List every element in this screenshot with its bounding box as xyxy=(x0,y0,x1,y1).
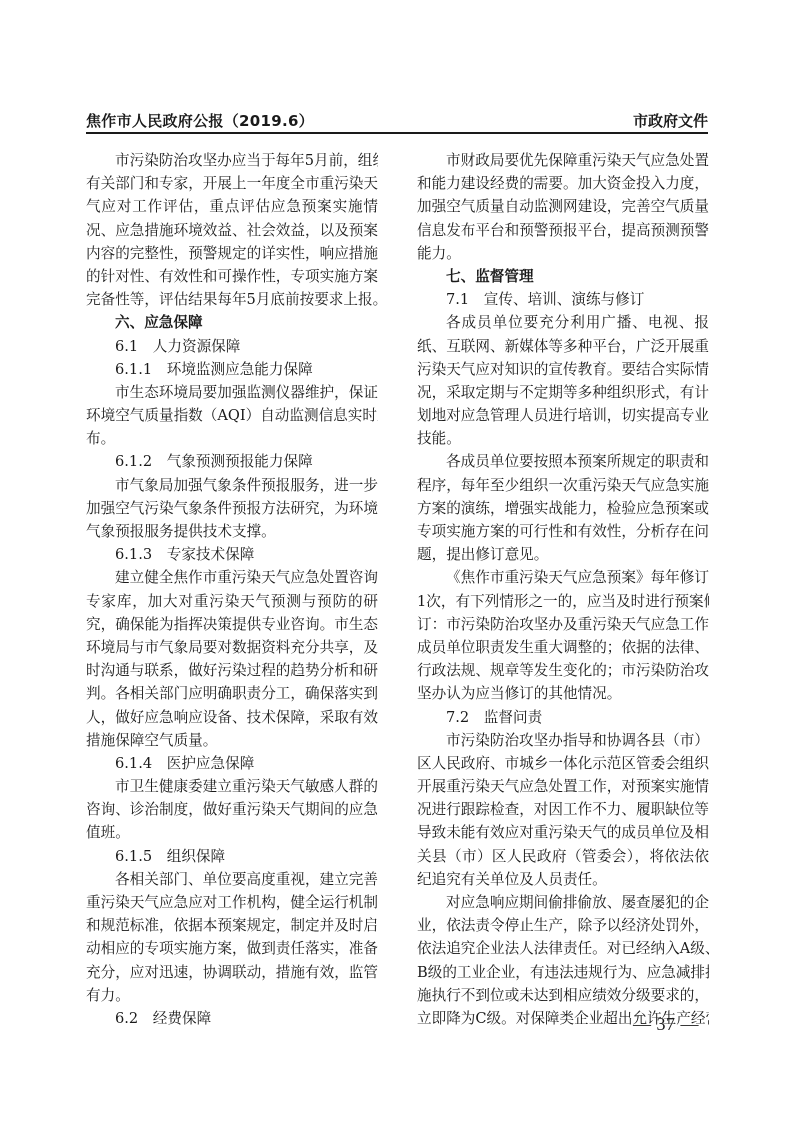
text-line: 环境局与市气象局要对数据资料充分共享，及 xyxy=(86,636,378,659)
text-line: 措施保障空气质量。 xyxy=(86,729,378,752)
subsection-heading: 6.1.1 环境监测应急能力保障 xyxy=(86,358,378,381)
subsection-heading: 6.1.4 医护应急保障 xyxy=(86,752,378,775)
subsection-heading: 7.2 监督问责 xyxy=(417,706,709,729)
text-line: 市污染防治攻坚办指导和协调各县（市） xyxy=(417,729,709,752)
section-heading: 七、监督管理 xyxy=(417,265,709,288)
header-rule xyxy=(86,132,708,134)
text-line: 行政法规、规章等发生变化的；市污染防治攻 xyxy=(417,659,709,682)
text-line: 时沟通与联系，做好污染过程的趋势分析和研 xyxy=(86,659,378,682)
text-line: 1次，有下列情形之一的，应当及时进行预案修 xyxy=(417,590,709,613)
text-line: 各成员单位要充分利用广播、电视、报 xyxy=(417,311,709,334)
text-line: 《焦作市重污染天气应急预案》每年修订 xyxy=(417,566,709,589)
text-line: 和规范标准，依据本预案规定，制定并及时启 xyxy=(86,914,378,937)
text-line: 划地对应急管理人员进行培训，切实提高专业 xyxy=(417,404,709,427)
text-line: 导致未能有效应对重污染天气的成员单位及相 xyxy=(417,821,709,844)
text-line: 市污染防治攻坚办应当于每年5月前，组织 xyxy=(86,149,378,172)
subsection-heading: 6.1.3 专家技术保障 xyxy=(86,543,378,566)
text-line: 坚办认为应当修订的其他情况。 xyxy=(417,682,709,705)
text-line: 况，采取定期与不定期等多种组织形式，有计 xyxy=(417,381,709,404)
running-header: 焦作市人民政府公报（2019.6） 市政府文件 xyxy=(86,108,708,132)
text-line: 专项实施方案的可行性和有效性，分析存在问 xyxy=(417,520,709,543)
text-line: 气象预报服务提供技术支撑。 xyxy=(86,520,378,543)
text-line: 各成员单位要按照本预案所规定的职责和 xyxy=(417,450,709,473)
text-line: 纸、互联网、新媒体等多种平台，广泛开展重 xyxy=(417,335,709,358)
text-line: 完备性等，评估结果每年5月底前按要求上报。 xyxy=(86,288,378,311)
text-line: 施执行不到位或未达到相应绩效分级要求的， xyxy=(417,984,709,1007)
text-line: 内容的完整性，预警规定的详实性，响应措施 xyxy=(86,242,378,265)
text-line: 重污染天气应急应对工作机构，健全运行机制 xyxy=(86,891,378,914)
text-line: 信息发布平台和预警预报平台，提高预测预警 xyxy=(417,219,709,242)
text-line: 环境空气质量指数（AQI）自动监测信息实时发 xyxy=(86,404,378,427)
text-line: 的针对性、有效性和可操作性，专项实施方案 xyxy=(86,265,378,288)
text-line: 咨询、诊治制度，做好重污染天气期间的应急 xyxy=(86,798,378,821)
text-line: B级的工业企业，有违法违规行为、应急减排措 xyxy=(417,961,709,984)
subsection-heading: 6.1.2 气象预测预报能力保障 xyxy=(86,450,378,473)
text-line: 判。各相关部门应明确职责分工，确保落实到 xyxy=(86,682,378,705)
text-line: 况、应急措施环境效益、社会效益，以及预案 xyxy=(86,219,378,242)
subsection-heading: 7.1 宣传、培训、演练与修订 xyxy=(417,288,709,311)
text-line: 人，做好应急响应设备、技术保障，采取有效 xyxy=(86,706,378,729)
text-line: 和能力建设经费的需要。加大资金投入力度， xyxy=(417,172,709,195)
text-line: 充分，应对迅速，协调联动，措施有效，监管 xyxy=(86,961,378,984)
text-line: 加强空气污染气象条件预报方法研究，为环境 xyxy=(86,497,378,520)
text-line: 气应对工作评估，重点评估应急预案实施情 xyxy=(86,195,378,218)
text-line: 程序，每年至少组织一次重污染天气应急实施 xyxy=(417,474,709,497)
text-line: 能力。 xyxy=(417,242,709,265)
text-line: 开展重污染天气应急处置工作，对预案实施情 xyxy=(417,775,709,798)
text-line: 究，确保能为指挥决策提供专业咨询。市生态 xyxy=(86,613,378,636)
text-line: 动相应的专项实施方案，做到责任落实，准备 xyxy=(86,937,378,960)
text-line: 专家库，加大对重污染天气预测与预防的研 xyxy=(86,590,378,613)
text-line: 市生态环境局要加强监测仪器维护，保证 xyxy=(86,381,378,404)
subsection-heading: 6.1.5 组织保障 xyxy=(86,845,378,868)
text-line: 污染天气应对知识的宣传教育。要结合实际情 xyxy=(417,358,709,381)
section-heading: 六、应急保障 xyxy=(86,311,378,334)
text-line: 市财政局要优先保障重污染天气应急处置 xyxy=(417,149,709,172)
right-column: 市财政局要优先保障重污染天气应急处置和能力建设经费的需要。加大资金投入力度，加强… xyxy=(417,149,709,1030)
text-line: 值班。 xyxy=(86,821,378,844)
publication-title: 焦作市人民政府公报（2019.6） xyxy=(86,110,314,131)
text-line: 区人民政府、市城乡一体化示范区管委会组织 xyxy=(417,752,709,775)
text-line: 方案的演练，增强实战能力，检验应急预案或 xyxy=(417,497,709,520)
text-line: 有力。 xyxy=(86,984,378,1007)
text-line: 况进行跟踪检查，对因工作不力、履职缺位等 xyxy=(417,798,709,821)
text-line: 加强空气质量自动监测网建设，完善空气质量 xyxy=(417,195,709,218)
subsection-heading: 6.1 人力资源保障 xyxy=(86,335,378,358)
left-column: 市污染防治攻坚办应当于每年5月前，组织有关部门和专家，开展上一年度全市重污染天气… xyxy=(86,149,378,1030)
subsection-heading: 6.2 经费保障 xyxy=(86,1007,378,1030)
text-line: 订：市污染防治攻坚办及重污染天气应急工作 xyxy=(417,613,709,636)
text-line: 建立健全焦作市重污染天气应急处置咨询 xyxy=(86,566,378,589)
text-line: 市卫生健康委建立重污染天气敏感人群的 xyxy=(86,775,378,798)
text-line: 对应急响应期间偷排偷放、屡查屡犯的企 xyxy=(417,891,709,914)
section-label: 市政府文件 xyxy=(633,110,708,131)
text-line: 纪追究有关单位及人员责任。 xyxy=(417,868,709,891)
text-line: 市气象局加强气象条件预报服务，进一步 xyxy=(86,474,378,497)
text-line: 题，提出修订意见。 xyxy=(417,543,709,566)
text-line: 有关部门和专家，开展上一年度全市重污染天 xyxy=(86,172,378,195)
text-line: 依法追究企业法人法律责任。对已经纳入A级、 xyxy=(417,937,709,960)
text-line: 业，依法责令停止生产，除予以经济处罚外， xyxy=(417,914,709,937)
text-line: 布。 xyxy=(86,427,378,450)
page-number: — 37 — xyxy=(633,1014,699,1035)
text-line: 成员单位职责发生重大调整的；依据的法律、 xyxy=(417,636,709,659)
text-line: 各相关部门、单位要高度重视，建立完善 xyxy=(86,868,378,891)
text-line: 技能。 xyxy=(417,427,709,450)
text-line: 关县（市）区人民政府（管委会），将依法依 xyxy=(417,845,709,868)
